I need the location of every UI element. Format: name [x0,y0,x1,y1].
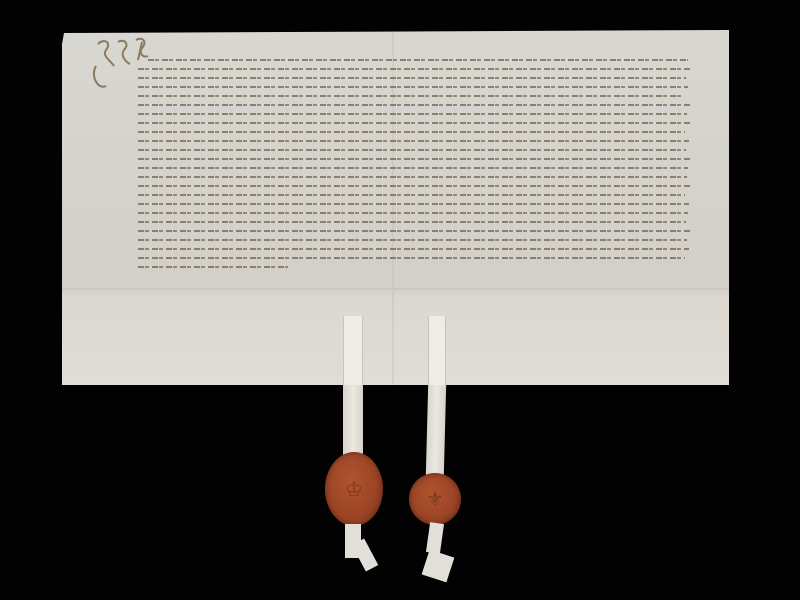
seal-tag-right [426,385,446,475]
text-line [138,236,693,245]
charter-text [138,56,693,272]
text-line [138,209,693,218]
seal-emblem-fleur-icon: ⚜ [426,489,444,509]
text-line [138,164,693,173]
photograph: ♔ ⚜ Parchment charter with two red wax s… [0,0,800,600]
text-line [138,245,693,254]
text-line [138,182,693,191]
text-line [138,227,693,236]
wax-seal-right: ⚜ [409,473,461,525]
seal-tag-left [343,385,363,455]
text-line [138,146,693,155]
text-line [138,200,693,209]
text-line [138,110,693,119]
text-line [138,92,693,101]
text-line [138,83,693,92]
text-line [138,56,693,65]
text-line [138,101,693,110]
fold-crease-plica [62,288,729,291]
text-line [138,254,693,263]
text-line [138,218,693,227]
seal-tag-slot-right [428,316,446,386]
seal-tag-tail-knot-right [422,550,455,583]
text-line [138,74,693,83]
parchment-charter [62,30,729,385]
wax-seal-left: ♔ [325,452,383,526]
seal-emblem-figure-icon: ♔ [345,479,363,499]
text-line [138,191,693,200]
seal-tag-slot-left [343,316,363,386]
text-line [138,137,693,146]
text-line [138,155,693,164]
text-line [138,263,693,272]
text-line [138,119,693,128]
text-line [138,128,693,137]
text-line [138,173,693,182]
text-line [138,65,693,74]
